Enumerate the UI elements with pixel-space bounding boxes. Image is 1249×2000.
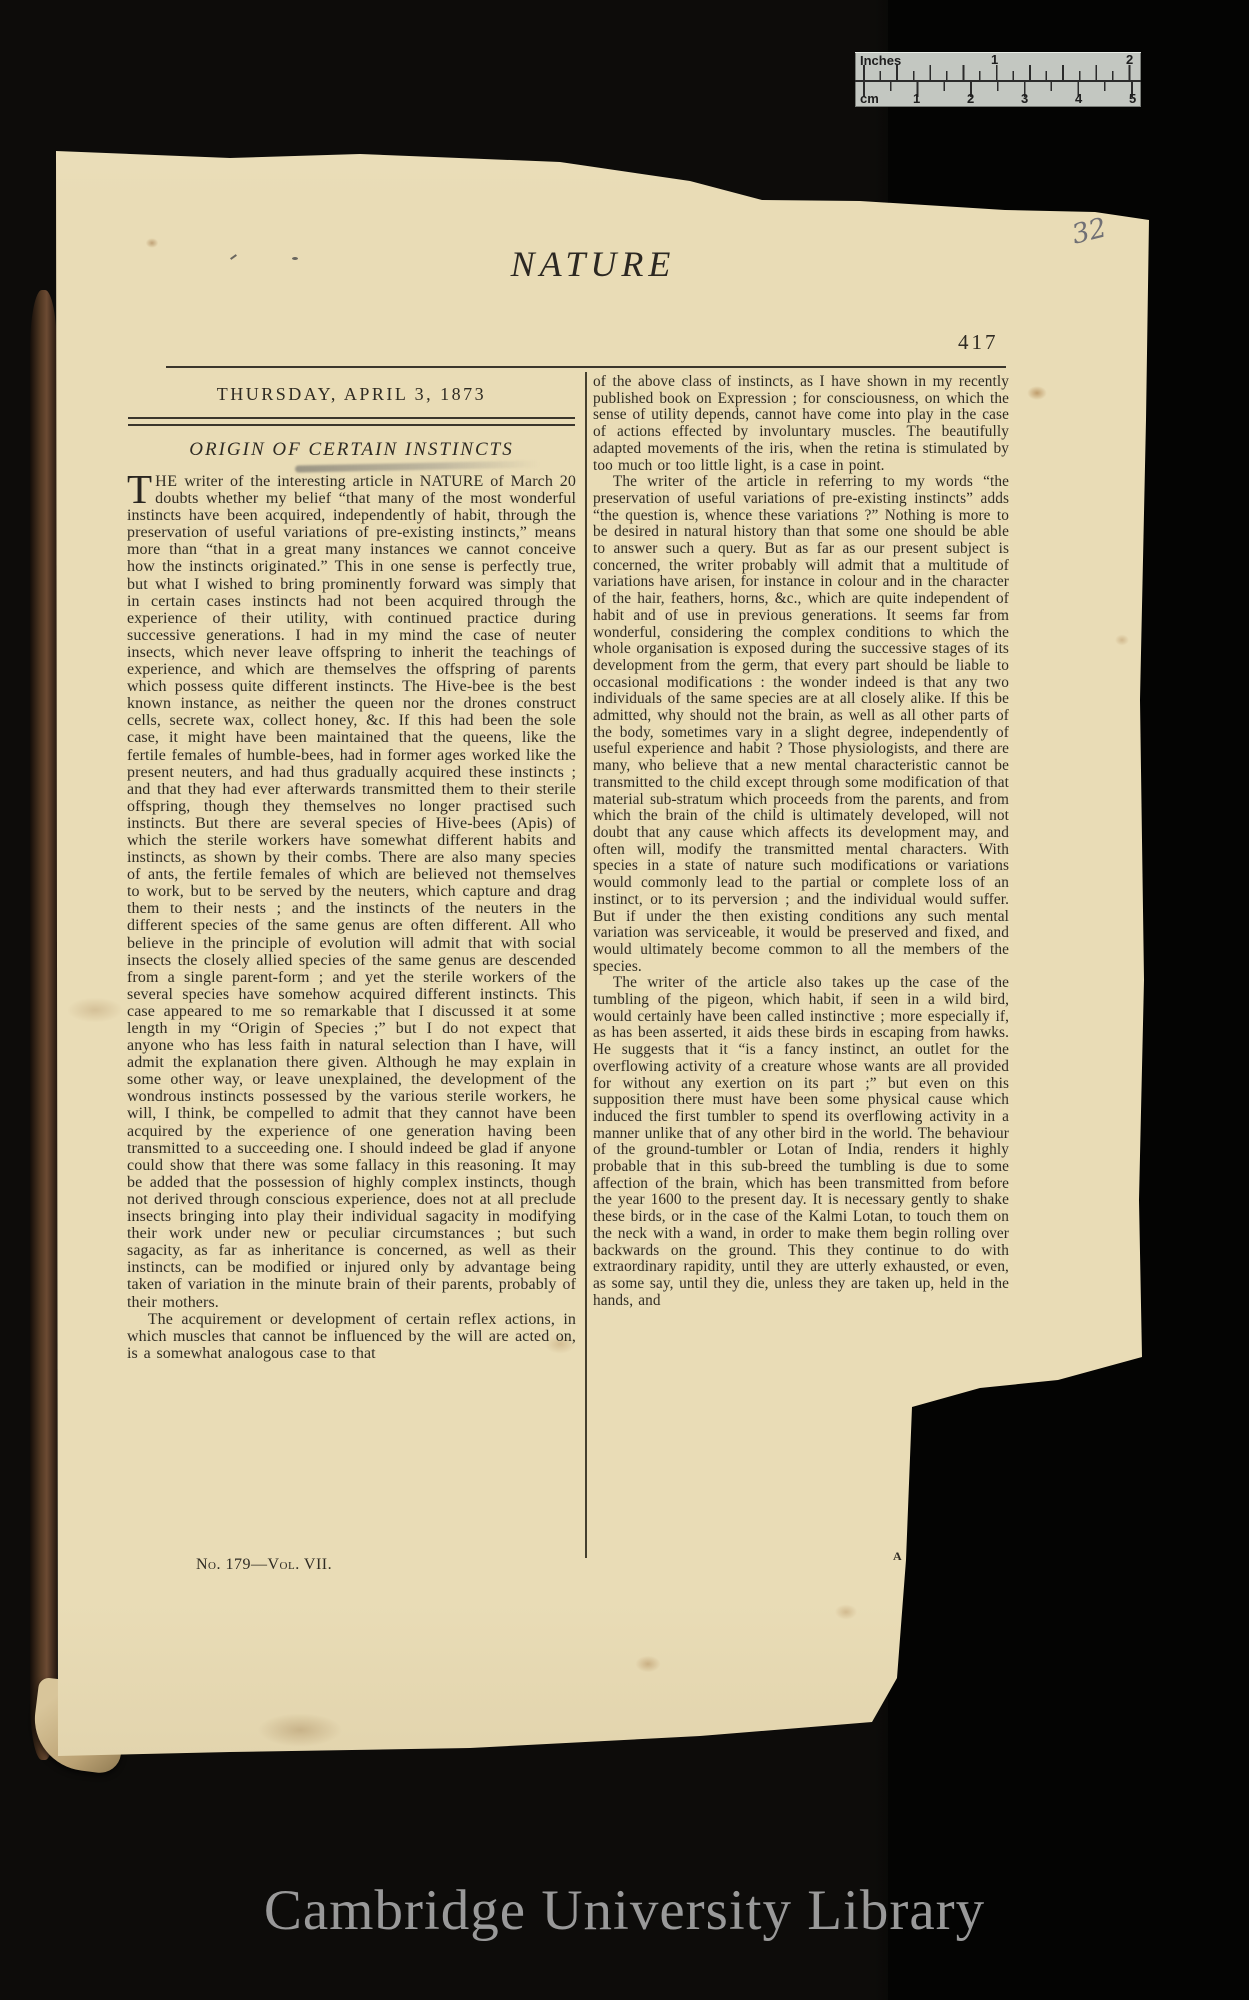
- paragraph: The acquirement or development of certai…: [127, 1311, 576, 1362]
- header-rule: [166, 366, 1006, 368]
- handwritten-folio-number: 32: [1069, 212, 1110, 250]
- article-title: ORIGIN OF CERTAIN INSTINCTS: [128, 439, 575, 461]
- page-number: 417: [958, 330, 999, 355]
- cm-number: 4: [1075, 91, 1082, 106]
- cm-number: 5: [1129, 91, 1136, 106]
- paragraph: The writer of the article in referring t…: [593, 474, 1009, 975]
- pencil-marks: [230, 252, 310, 266]
- paragraph-text: writer of the interesting article in NAT…: [127, 473, 576, 1311]
- pencil-smudge: [295, 460, 540, 472]
- issue-volume-footer: No. 179—Vol. VII.: [196, 1556, 332, 1574]
- right-column: of the above class of instincts, as I ha…: [593, 374, 1009, 1564]
- left-column: THE writer of the interesting article in…: [127, 473, 576, 1558]
- opening-caps: HE: [155, 473, 177, 490]
- inch-major-ticks: [863, 65, 1139, 81]
- double-rule: [128, 417, 575, 426]
- column-divider: [585, 372, 587, 1558]
- issue-date: THURSDAY, APRIL 3, 1873: [128, 384, 575, 405]
- book-edge-strip: [30, 290, 57, 1760]
- library-watermark: Cambridge University Library: [0, 1878, 1249, 1943]
- inch-number: 1: [991, 52, 998, 67]
- cm-number: 2: [967, 91, 974, 106]
- paragraph: The writer of the article also takes up …: [593, 975, 1009, 1309]
- cm-number: 3: [1021, 91, 1028, 106]
- cm-major-ticks: [863, 82, 1139, 97]
- journal-masthead: NATURE: [433, 243, 753, 285]
- measurement-ruler: Inches cm 1 2 1 2 3 4 5: [855, 52, 1141, 107]
- inch-number: 2: [1126, 52, 1133, 67]
- cm-label: cm: [860, 91, 879, 106]
- cm-number: 1: [913, 91, 920, 106]
- inches-label: Inches: [860, 53, 901, 68]
- paragraph: of the above class of instincts, as I ha…: [593, 374, 1009, 474]
- paragraph: THE writer of the interesting article in…: [127, 473, 576, 1311]
- scan-background: NATURE 417 THURSDAY, APRIL 3, 1873 ORIGI…: [0, 0, 1249, 2000]
- drop-cap: T: [127, 473, 155, 505]
